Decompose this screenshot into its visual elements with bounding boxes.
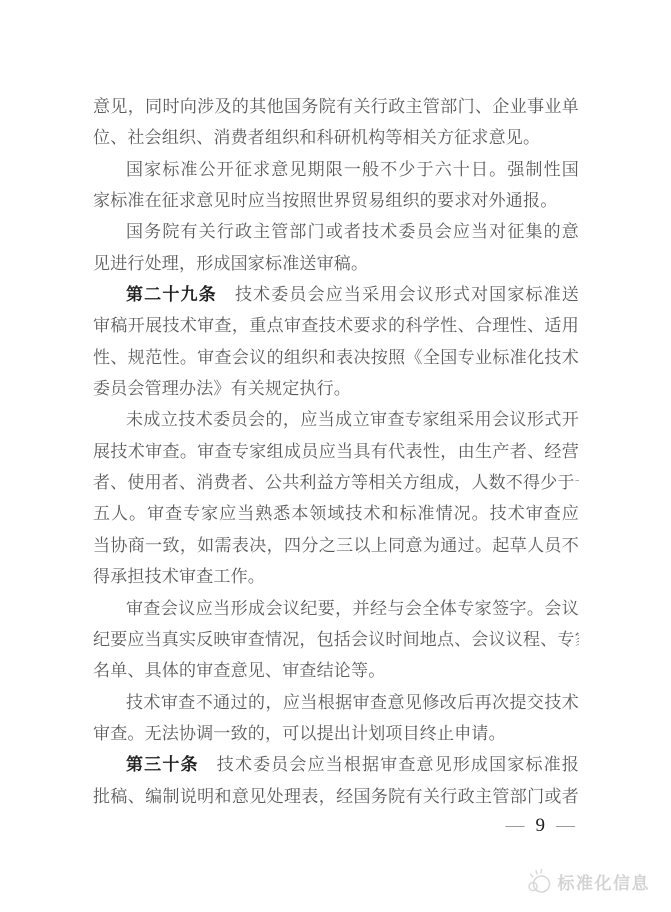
text-line: 审查会议应当形成会议纪要，并经与会全体专家签字。会议 <box>93 593 579 624</box>
text-line: 技术审查不通过的，应当根据审查意见修改后再次提交技术 <box>93 687 579 718</box>
text-line: 意见，同时向涉及的其他国务院有关行政主管部门、企业事业单 <box>93 91 579 122</box>
text-line: 者、使用者、消费者、公共利益方等相关方组成，人数不得少于十 <box>93 467 579 498</box>
document-page: 意见，同时向涉及的其他国务院有关行政主管部门、企业事业单位、社会组织、消费者组织… <box>0 0 671 912</box>
text-line: 未成立技术委员会的，应当成立审查专家组采用会议形式开 <box>93 404 579 435</box>
watermark: 标准化信息 <box>525 866 651 896</box>
text-line: 得承担技术审查工作。 <box>93 561 579 592</box>
text-line: 家标准在征求意见时应当按照世界贸易组织的要求对外通报。 <box>93 185 579 216</box>
text-line: 国务院有关行政主管部门或者技术委员会应当对征集的意 <box>93 216 579 247</box>
page-number-left-dash: — <box>506 815 525 836</box>
page-number-value: 9 <box>536 815 546 836</box>
text-line: 委员会管理办法》有关规定执行。 <box>93 373 579 404</box>
text-line: 展技术审查。审查专家组成员应当具有代表性，由生产者、经营 <box>93 436 579 467</box>
text-line: 当协商一致，如需表决，四分之三以上同意为通过。起草人员不 <box>93 530 579 561</box>
text-line: 五人。审查专家应当熟悉本领域技术和标准情况。技术审查应 <box>93 498 579 529</box>
text-line: 位、社会组织、消费者组织和科研机构等相关方征求意见。 <box>93 122 579 153</box>
watermark-logo-icon <box>525 866 553 896</box>
watermark-text: 标准化信息 <box>558 869 651 894</box>
text-line: 批稿、编制说明和意见处理表，经国务院有关行政主管部门或者 <box>93 781 579 812</box>
text-line: 第二十九条 技术委员会应当采用会议形式对国家标准送 <box>93 279 579 310</box>
text-line: 审查。无法协调一致的，可以提出计划项目终止申请。 <box>93 718 579 749</box>
article-number: 第二十九条 <box>126 285 217 304</box>
article-number: 第三十条 <box>126 755 199 774</box>
page-number-right-dash: — <box>556 815 575 836</box>
text-line: 名单、具体的审查意见、审查结论等。 <box>93 655 579 686</box>
text-line: 审稿开展技术审查，重点审查技术要求的科学性、合理性、适用 <box>93 310 579 341</box>
text-line: 国家标准公开征求意见期限一般不少于六十日。强制性国 <box>93 154 579 185</box>
text-line: 第三十条 技术委员会应当根据审查意见形成国家标准报 <box>93 749 579 780</box>
text-line: 纪要应当真实反映审查情况，包括会议时间地点、会议议程、专家 <box>93 624 579 655</box>
text-line: 见进行处理，形成国家标准送审稿。 <box>93 248 579 279</box>
text-line: 性、规范性。审查会议的组织和表决按照《全国专业标准化技术 <box>93 342 579 373</box>
document-body: 意见，同时向涉及的其他国务院有关行政主管部门、企业事业单位、社会组织、消费者组织… <box>93 91 579 812</box>
page-number: —9— <box>506 815 576 837</box>
